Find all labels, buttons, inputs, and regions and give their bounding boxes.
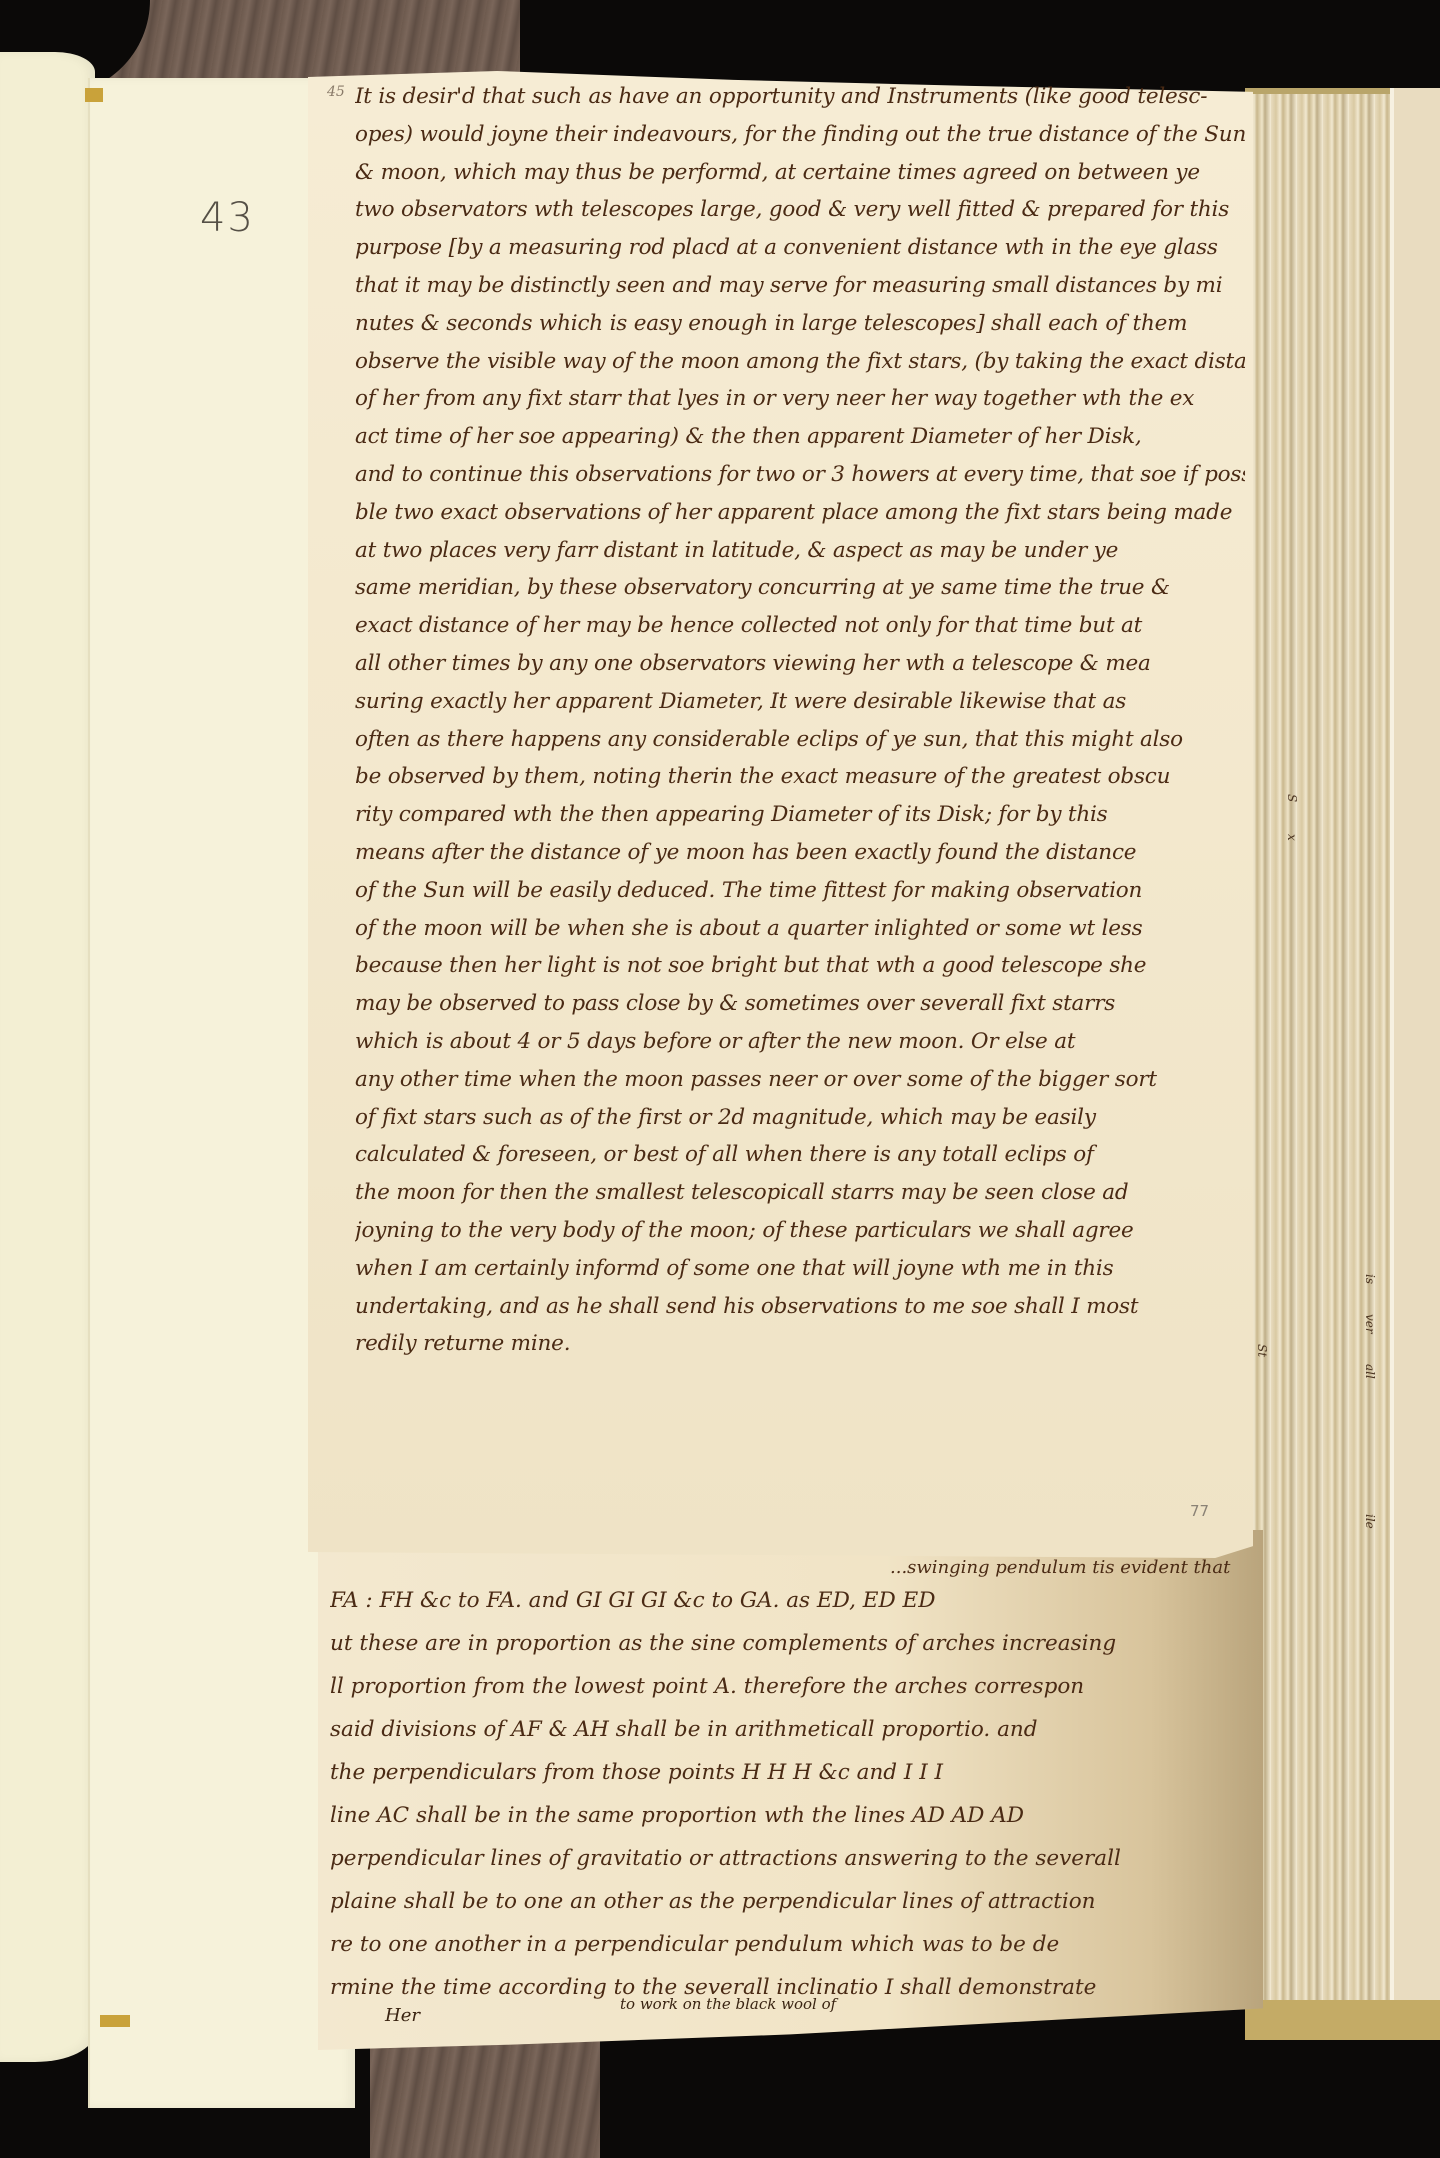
text-line: means after the distance of ye moon has … — [355, 834, 1245, 872]
binding-board — [1390, 88, 1440, 2038]
text-line: It is desir'd that such as have an oppor… — [355, 78, 1245, 116]
edge-mark: ile — [1363, 1514, 1377, 1529]
pencil-folio-number: 43 — [200, 195, 255, 241]
text-line: undertaking, and as he shall send his ob… — [355, 1288, 1245, 1326]
sheet-folio-number: 77 — [1190, 1502, 1209, 1520]
edge-mark: all — [1363, 1364, 1377, 1379]
text-line: at two places very farr distant in latit… — [355, 532, 1245, 570]
wooden-table-bottom — [370, 2040, 600, 2158]
text-line: often as there happens any considerable … — [355, 721, 1245, 759]
text-line: that it may be distinctly seen and may s… — [355, 267, 1245, 305]
text-line: calculated & foreseen, or best of all wh… — [355, 1136, 1245, 1174]
text-line: line AC shall be in the same proportion … — [330, 1794, 1250, 1837]
edge-mark: S — [1285, 794, 1299, 802]
text-line: and to continue this observations for tw… — [355, 456, 1245, 494]
edge-mark: is — [1363, 1274, 1377, 1284]
text-line: of the Sun will be easily deduced. The t… — [355, 872, 1245, 910]
text-line: purpose [by a measuring rod placd at a c… — [355, 229, 1245, 267]
text-line: the moon for then the smallest telescopi… — [355, 1174, 1245, 1212]
text-line: ble two exact observations of her appare… — [355, 494, 1245, 532]
text-line: which is about 4 or 5 days before or aft… — [355, 1023, 1245, 1061]
text-line: said divisions of AF & AH shall be in ar… — [330, 1708, 1250, 1751]
fragment-line: ...swinging pendulum tis evident that — [330, 1557, 1250, 1579]
text-line: same meridian, by these observatory conc… — [355, 569, 1245, 607]
cloth-cover-edge — [1245, 2000, 1440, 2040]
edge-mark: St — [1255, 1344, 1269, 1357]
text-line: may be observed to pass close by & somet… — [355, 985, 1245, 1023]
manuscript-text: It is desir'd that such as have an oppor… — [355, 78, 1245, 1363]
text-line: of her from any fixt starr that lyes in … — [355, 380, 1245, 418]
lower-sheet-text: ...swinging pendulum tis evident that FA… — [330, 1565, 1250, 2009]
gilt-edge-bottom — [100, 2015, 130, 2027]
text-line: act time of her soe appearing) & the the… — [355, 418, 1245, 456]
text-line: when I am certainly informd of some one … — [355, 1250, 1245, 1288]
text-line: nutes & seconds which is easy enough in … — [355, 305, 1245, 343]
text-line: because then her light is not soe bright… — [355, 947, 1245, 985]
text-line: of the moon will be when she is about a … — [355, 910, 1245, 948]
edge-mark: x — [1285, 834, 1299, 841]
edge-mark: ver — [1363, 1314, 1377, 1334]
text-line: the perpendiculars from those points H H… — [330, 1751, 1250, 1794]
bottom-fragment-text: to work on the black wool of — [620, 1995, 836, 2013]
text-line: any other time when the moon passes neer… — [355, 1061, 1245, 1099]
text-line: ut these are in proportion as the sine c… — [330, 1622, 1250, 1665]
bottom-fragment-text: Her — [385, 2005, 420, 2026]
black-cloth-bottom — [600, 2030, 1440, 2158]
text-line: of fixt stars such as of the first or 2d… — [355, 1099, 1245, 1137]
text-line: opes) would joyne their indeavours, for … — [355, 116, 1245, 154]
text-line: all other times by any one observators v… — [355, 645, 1245, 683]
text-line: exact distance of her may be hence colle… — [355, 607, 1245, 645]
gilt-edge-top — [85, 88, 103, 102]
margin-number: 45 — [327, 84, 345, 100]
blank-guard-leaf-left — [0, 52, 95, 2062]
text-line: suring exactly her apparent Diameter, It… — [355, 683, 1245, 721]
text-line: joyning to the very body of the moon; of… — [355, 1212, 1245, 1250]
text-line: observe the visible way of the moon amon… — [355, 343, 1245, 381]
text-line: two observators wth telescopes large, go… — [355, 191, 1245, 229]
text-line: FA : FH &c to FA. and GI GI GI &c to GA.… — [330, 1579, 1250, 1622]
text-line: redily returne mine. — [355, 1325, 1245, 1363]
text-line: ll proportion from the lowest point A. t… — [330, 1665, 1250, 1708]
text-line: rity compared wth the then appearing Dia… — [355, 796, 1245, 834]
text-line: re to one another in a perpendicular pen… — [330, 1923, 1250, 1966]
text-line: plaine shall be to one an other as the p… — [330, 1880, 1250, 1923]
text-line: & moon, which may thus be performd, at c… — [355, 154, 1245, 192]
text-line: be observed by them, noting therin the e… — [355, 758, 1245, 796]
text-line: perpendicular lines of gravitatio or att… — [330, 1837, 1250, 1880]
